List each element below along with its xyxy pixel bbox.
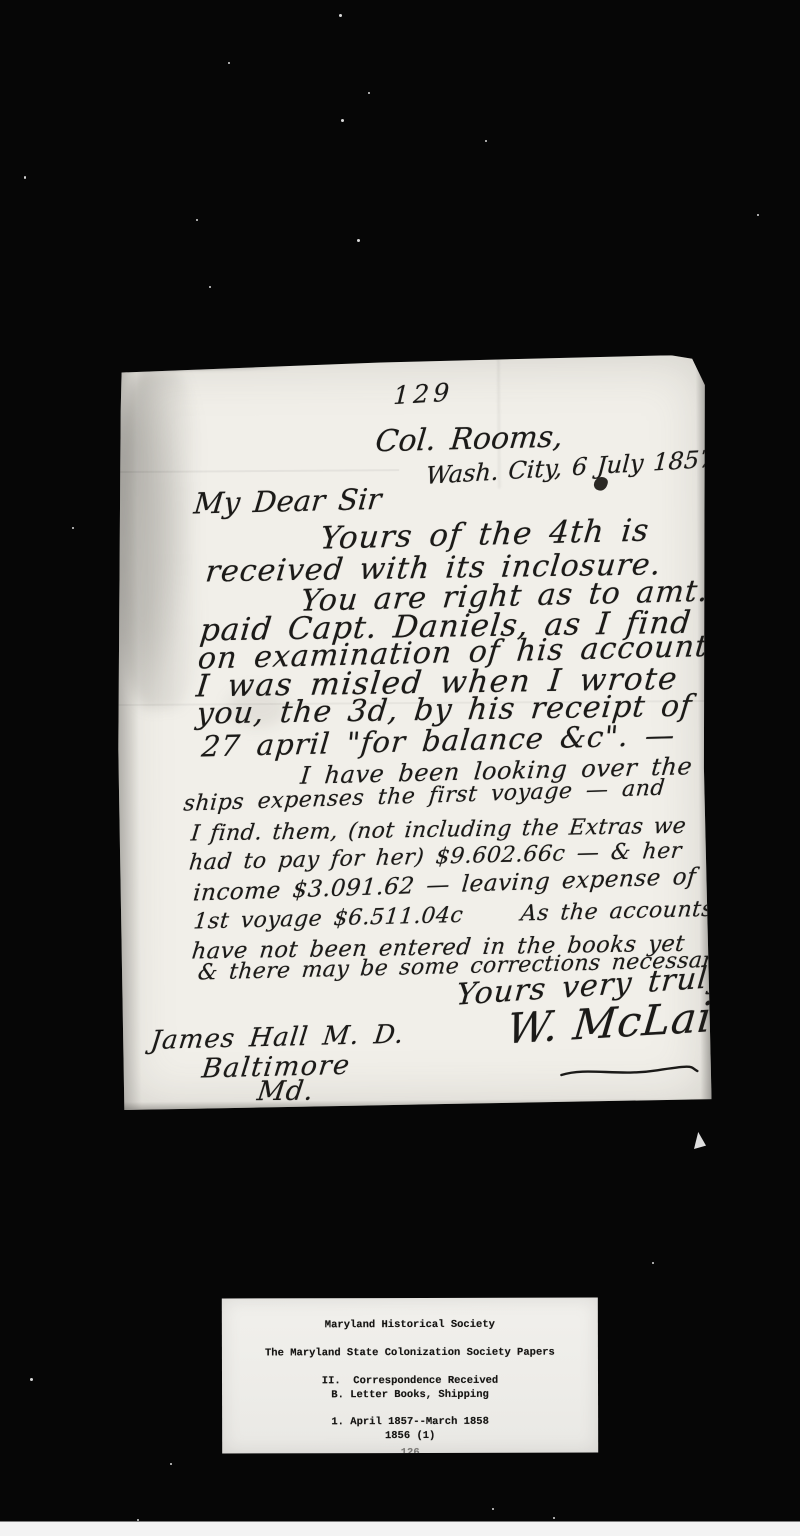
dust-speck bbox=[757, 214, 759, 216]
dust-speck bbox=[72, 527, 74, 529]
card-line-series: II. Correspondence Received bbox=[222, 1375, 598, 1388]
dust-speck bbox=[485, 140, 487, 142]
dust-speck bbox=[170, 1463, 172, 1465]
signature-flourish bbox=[559, 1063, 699, 1080]
dust-speck bbox=[492, 1508, 494, 1510]
salutation: My Dear Sir bbox=[193, 485, 383, 519]
dust-speck bbox=[341, 119, 344, 122]
card-line-society: Maryland Historical Society bbox=[222, 1319, 598, 1332]
paper-crease-horizontal bbox=[115, 469, 399, 473]
signature: W. McLain bbox=[505, 995, 742, 1051]
paper-edge-shadow-left bbox=[114, 359, 141, 1110]
card-cut-off-text: 126 bbox=[222, 1447, 598, 1454]
card-line-collection: The Maryland State Colonization Society … bbox=[222, 1347, 598, 1360]
dust-speck bbox=[357, 239, 360, 242]
addressee-line: James Hall M. D. bbox=[149, 1022, 406, 1054]
card-line-daterange: 1. April 1857--March 1858 bbox=[222, 1416, 598, 1429]
microfilm-frame: 129 Col. Rooms, Wash. City, 6 July 1857 … bbox=[0, 0, 800, 1536]
film-edge-strip bbox=[0, 1521, 800, 1536]
dust-speck bbox=[209, 286, 211, 288]
body-line: ships expenses the first voyage — and bbox=[183, 778, 666, 816]
addressee-line: Md. bbox=[256, 1078, 316, 1105]
dust-speck bbox=[24, 176, 26, 179]
card-line-volume: 1856 (1) bbox=[222, 1430, 598, 1443]
letter-page: 129 Col. Rooms, Wash. City, 6 July 1857 … bbox=[114, 355, 711, 1110]
film-scratch-triangle bbox=[694, 1132, 706, 1149]
page-number: 129 bbox=[393, 380, 454, 409]
dust-speck bbox=[652, 1262, 654, 1264]
paper-stain bbox=[116, 368, 203, 709]
dust-speck bbox=[553, 1517, 555, 1519]
dust-speck bbox=[368, 92, 370, 94]
dust-speck bbox=[228, 62, 230, 64]
dust-speck bbox=[339, 14, 342, 17]
body-line: 1st voyage $6.511.04c As the accounts bbox=[192, 899, 714, 934]
card-line-subseries: B. Letter Books, Shipping bbox=[222, 1389, 598, 1402]
dateline-place: Col. Rooms, bbox=[374, 423, 564, 458]
paper-edge-shadow-bottom bbox=[120, 1098, 712, 1110]
dust-speck bbox=[196, 219, 198, 221]
dust-speck bbox=[30, 1378, 33, 1381]
archive-label-card: Maryland Historical Society The Maryland… bbox=[222, 1298, 598, 1454]
paper-edge-smudge bbox=[116, 359, 291, 370]
dust-speck bbox=[137, 1519, 139, 1521]
